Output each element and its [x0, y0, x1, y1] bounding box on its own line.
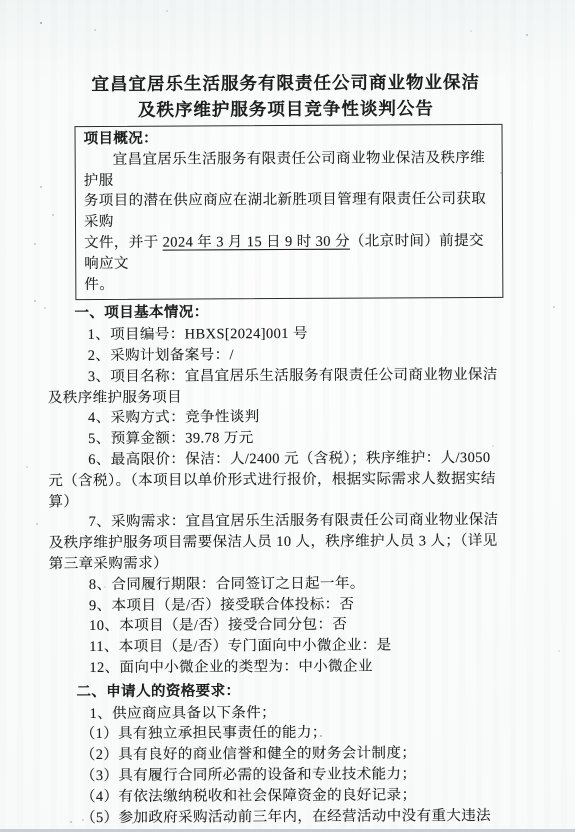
section1-heading: 一、项目基本情况： — [47, 301, 534, 324]
document-title-line1: 宜昌宜居乐生活服务有限责任公司商业物业保洁 — [0, 68, 573, 97]
doc-line-project-name-wrap: 及秩序维护服务项目 — [48, 385, 535, 408]
document-body: 项目概况： 宜昌宜居乐生活服务有限责任公司商业物业保洁及秩序维护服 务项目的潜在… — [0, 123, 575, 828]
overview-line: 文件，并于 2024 年 3 月 15 日 9 时 30 分（北京时间）前提交响… — [84, 231, 494, 275]
doc-line-condition-2: （2）具有良好的商业信誉和健全的财务会计制度； — [50, 743, 537, 766]
doc-line-sme-oriented: 11、本项目（是/否）专门面向中小微企业：是 — [49, 635, 536, 658]
doc-line-plan-record-no: 2、采购计划备案号：/ — [48, 344, 535, 367]
overview-heading: 项目概况： — [84, 127, 494, 150]
doc-line-procurement-demand-wrap: 及秩序维护服务项目需要保洁人员 10 人，秩序维护人员 3 人；（详见 — [49, 531, 536, 554]
doc-line-consortium-bid: 9、本项目（是/否）接受联合体投标：否 — [49, 593, 536, 616]
doc-line-procurement-method: 4、采购方式：竞争性谈判 — [48, 406, 535, 429]
document-title-line2: 及秩序维护服务项目竞争性谈判公告 — [0, 94, 573, 123]
submission-deadline-underlined: 2024 年 3 月 15 日 9 时 30 分 — [163, 234, 350, 251]
doc-line-budget: 5、预算金额：39.78 万元 — [48, 427, 535, 450]
doc-line-sme-type: 12、面向中小微企业的类型为：中小微企业 — [49, 656, 536, 679]
overview-line: 件。 — [84, 272, 494, 295]
document-content: 宜昌宜居乐生活服务有限责任公司商业物业保洁 及秩序维护服务项目竞争性谈判公告 项… — [0, 0, 575, 829]
doc-line-price-ceiling: 6、最高限价：保洁：人/2400 元（含税）；秩序维护：人/3050 — [48, 448, 535, 471]
doc-line-procurement-demand-wrap2: 第三章采购需求） — [49, 552, 536, 575]
scanned-document-page: 宜昌宜居乐生活服务有限责任公司商业物业保洁 及秩序维护服务项目竞争性谈判公告 项… — [0, 0, 575, 832]
doc-line-project-name: 3、项目名称：宜昌宜居乐生活服务有限责任公司商业物业保洁 — [48, 364, 535, 387]
section2-heading: 二、申请人的资格要求： — [49, 679, 536, 702]
doc-line-project-number: 1、项目编号：HBXS[2024]001 号 — [48, 323, 535, 346]
doc-line-procurement-demand: 7、采购需求：宜昌宜居乐生活服务有限责任公司商业物业保洁 — [49, 510, 536, 533]
doc-line-condition-1: （1）具有独立承担民事责任的能力； — [50, 722, 537, 745]
doc-line-condition-4: （4）有依法缴纳税收和社会保障资金的良好记录； — [50, 784, 537, 807]
overview-line: 宜昌宜居乐生活服务有限责任公司商业物业保洁及秩序维护服 — [84, 148, 494, 192]
document-title: 宜昌宜居乐生活服务有限责任公司商业物业保洁 及秩序维护服务项目竞争性谈判公告 — [0, 68, 573, 123]
overview-line3-pre: 文件，并于 — [84, 235, 163, 251]
doc-line-price-ceiling-wrap: 元（含税）。（本项目以单价形式进行报价，根据实际需求人数据实结 — [48, 468, 535, 491]
overview-line: 务项目的潜在供应商应在湖北新胜项目管理有限责任公司获取采购 — [84, 189, 494, 233]
doc-line-subcontract: 10、本项目（是/否）接受合同分包：否 — [49, 614, 536, 637]
doc-line-condition-5: （5）参加政府采购活动前三年内，在经营活动中没有重大违法 — [50, 805, 537, 828]
doc-line-price-ceiling-wrap2: 算） — [48, 489, 535, 512]
doc-line-supplier-conditions: 1、供应商应具备以下条件； — [50, 701, 537, 724]
doc-line-condition-3: （3）具有履行合同所必需的设备和专业技术能力； — [50, 764, 537, 787]
doc-line-contract-term: 8、合同履行期限：合同签订之日起一年。 — [49, 572, 536, 595]
project-overview-box: 项目概况： 宜昌宜居乐生活服务有限责任公司商业物业保洁及秩序维护服 务项目的潜在… — [74, 124, 503, 301]
